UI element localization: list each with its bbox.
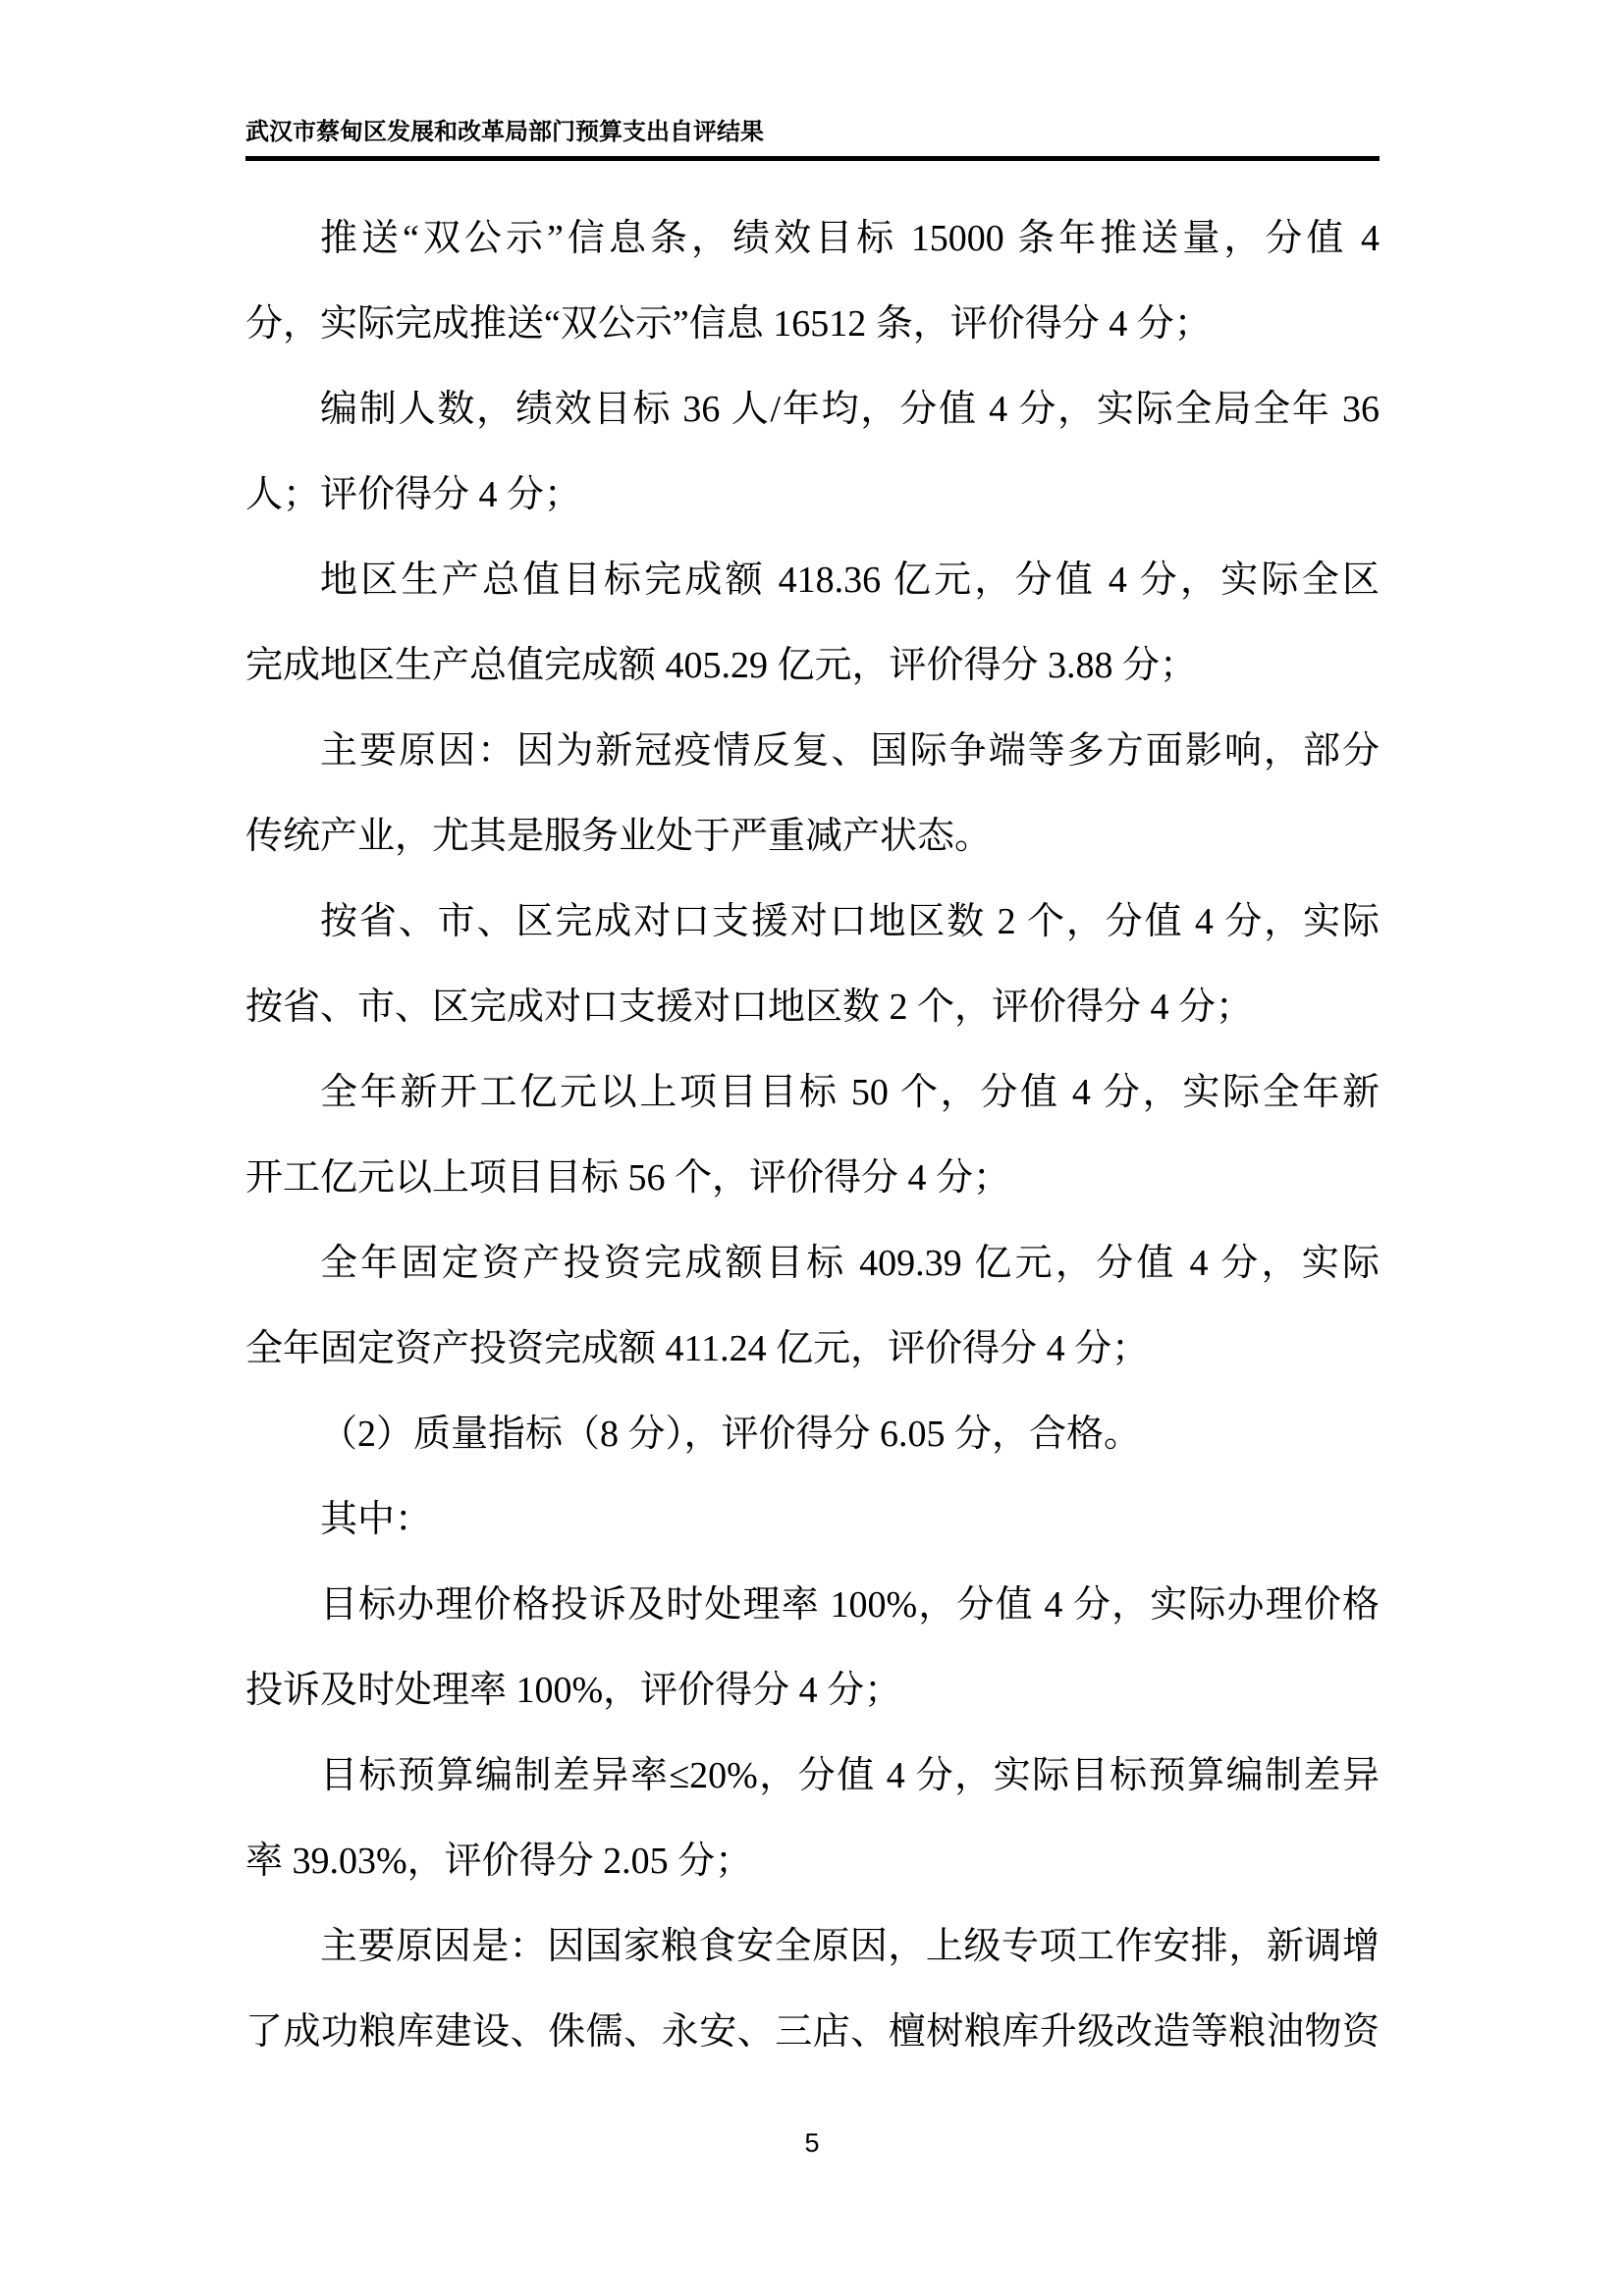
body-line: 全年固定资产投资完成额目标 409.39 亿元，分值 4 分，实际 [245, 1221, 1380, 1307]
body-line: 按省、市、区完成对口支援对口地区数 2 个，评价得分 4 分； [245, 965, 1380, 1050]
body-line: 编制人数，绩效目标 36 人/年均，分值 4 分，实际全局全年 36 [245, 367, 1380, 453]
page-number: 5 [804, 2128, 819, 2158]
title-underline [245, 156, 1380, 161]
body-line: 了成功粮库建设、侏儒、永安、三店、檀树粮库升级改造等粮油物资 [245, 1990, 1380, 2075]
body-line: 传统产业，尤其是服务业处于严重减产状态。 [245, 794, 1380, 880]
body-line: 率 39.03%，评价得分 2.05 分； [245, 1819, 1380, 1904]
body-line: 完成地区生产总值完成额 405.29 亿元，评价得分 3.88 分； [245, 623, 1380, 709]
body-line: 按省、市、区完成对口支援对口地区数 2 个，分值 4 分，实际 [245, 880, 1380, 965]
body-line: 全年固定资产投资完成额 411.24 亿元，评价得分 4 分； [245, 1307, 1380, 1392]
document-footer: 5 [0, 2128, 1624, 2158]
body-line: 其中： [245, 1477, 1380, 1563]
body-line: 开工亿元以上项目目标 56 个，评价得分 4 分； [245, 1136, 1380, 1221]
body-line: （2）质量指标（8 分），评价得分 6.05 分，合格。 [245, 1392, 1380, 1477]
document-title: 武汉市蔡甸区发展和改革局部门预算支出自评结果 [245, 119, 764, 145]
body-line: 主要原因：因为新冠疫情反复、国际争端等多方面影响，部分 [245, 709, 1380, 794]
body-line: 目标预算编制差异率≤20%，分值 4 分，实际目标预算编制差异 [245, 1734, 1380, 1819]
body-line: 地区生产总值目标完成额 418.36 亿元，分值 4 分，实际全区 [245, 538, 1380, 623]
body-line: 人；评价得分 4 分； [245, 453, 1380, 538]
body-line: 推送“双公示”信息条，绩效目标 15000 条年推送量，分值 4 [245, 196, 1380, 282]
body-line: 分，实际完成推送“双公示”信息 16512 条，评价得分 4 分； [245, 282, 1380, 367]
body-line: 主要原因是：因国家粮食安全原因，上级专项工作安排，新调增 [245, 1904, 1380, 1990]
body-line: 投诉及时处理率 100%，评价得分 4 分； [245, 1648, 1380, 1734]
document-header: 武汉市蔡甸区发展和改革局部门预算支出自评结果 [245, 118, 1380, 147]
document-body: 推送“双公示”信息条，绩效目标 15000 条年推送量，分值 4 分，实际完成推… [245, 196, 1380, 2075]
body-line: 目标办理价格投诉及时处理率 100%，分值 4 分，实际办理价格 [245, 1563, 1380, 1648]
body-line: 全年新开工亿元以上项目目标 50 个，分值 4 分，实际全年新 [245, 1050, 1380, 1136]
document-page: 武汉市蔡甸区发展和改革局部门预算支出自评结果 推送“双公示”信息条，绩效目标 1… [0, 0, 1624, 2296]
